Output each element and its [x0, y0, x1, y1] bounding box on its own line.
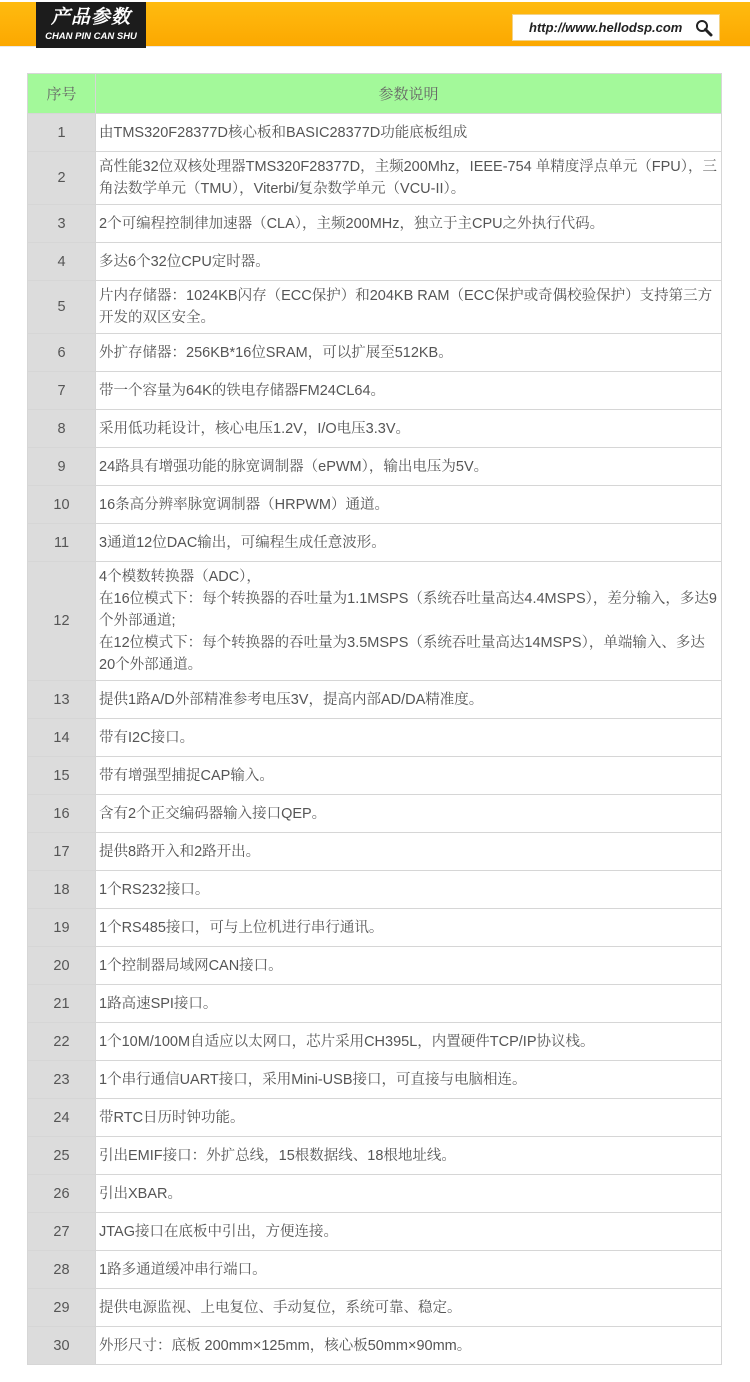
- row-number: 16: [28, 795, 96, 833]
- table-row: 26引出XBAR。: [28, 1175, 722, 1213]
- description-line: 1路高速SPI接口。: [99, 993, 718, 1015]
- row-description: 16条高分辨率脉宽调制器（HRPWM）通道。: [96, 486, 722, 524]
- table-row: 1由TMS320F28377D核心板和BASIC28377D功能底板组成: [28, 114, 722, 152]
- row-description: 24路具有增强功能的脉宽调制器（ePWM），输出电压为5V。: [96, 448, 722, 486]
- table-body: 1由TMS320F28377D核心板和BASIC28377D功能底板组成2高性能…: [28, 114, 722, 1365]
- row-description: 1个10M/100M自适应以太网口，芯片采用CH395L，内置硬件TCP/IP协…: [96, 1023, 722, 1061]
- description-line: 1个串行通信UART接口，采用Mini-USB接口，可直接与电脑相连。: [99, 1069, 718, 1091]
- description-line: 片内存储器：1024KB闪存（ECC保护）和204KB RAM（ECC保护或奇偶…: [99, 285, 718, 329]
- row-number: 15: [28, 757, 96, 795]
- site-url[interactable]: http://www.hellodsp.com: [529, 20, 682, 35]
- table-row: 8采用低功耗设计，核心电压1.2V，I/O电压3.3V。: [28, 410, 722, 448]
- description-line: 外扩存储器：256KB*16位SRAM，可以扩展至512KB。: [99, 342, 718, 364]
- description-line: 采用低功耗设计，核心电压1.2V，I/O电压3.3V。: [99, 418, 718, 440]
- table-row: 29提供电源监视、上电复位、手动复位，系统可靠、稳定。: [28, 1289, 722, 1327]
- table-row: 32个可编程控制律加速器（CLA），主频200MHz，独立于主CPU之外执行代码…: [28, 205, 722, 243]
- description-line: 带RTC日历时钟功能。: [99, 1107, 718, 1129]
- table-row: 231个串行通信UART接口，采用Mini-USB接口，可直接与电脑相连。: [28, 1061, 722, 1099]
- row-description: 含有2个正交编码器输入接口QEP。: [96, 795, 722, 833]
- section-title-en: CHAN PIN CAN SHU: [36, 31, 146, 43]
- row-number: 3: [28, 205, 96, 243]
- table-header-row: 序号 参数说明: [28, 74, 722, 114]
- description-line: 提供8路开入和2路开出。: [99, 841, 718, 863]
- table-row: 13提供1路A/D外部精准参考电压3V，提高内部AD/DA精准度。: [28, 681, 722, 719]
- table-row: 15带有增强型捕捉CAP输入。: [28, 757, 722, 795]
- table-row: 221个10M/100M自适应以太网口，芯片采用CH395L，内置硬件TCP/I…: [28, 1023, 722, 1061]
- description-line: 带有I2C接口。: [99, 727, 718, 749]
- row-number: 4: [28, 243, 96, 281]
- row-description: 2个可编程控制律加速器（CLA），主频200MHz，独立于主CPU之外执行代码。: [96, 205, 722, 243]
- description-line: 1路多通道缓冲串行端口。: [99, 1259, 718, 1281]
- table-row: 24带RTC日历时钟功能。: [28, 1099, 722, 1137]
- table-row: 4多达6个32位CPU定时器。: [28, 243, 722, 281]
- description-line: 1个RS232接口。: [99, 879, 718, 901]
- row-number: 13: [28, 681, 96, 719]
- row-number: 22: [28, 1023, 96, 1061]
- row-description: 3通道12位DAC输出，可编程生成任意波形。: [96, 524, 722, 562]
- row-description: 提供电源监视、上电复位、手动复位，系统可靠、稳定。: [96, 1289, 722, 1327]
- row-number: 1: [28, 114, 96, 152]
- row-number: 30: [28, 1327, 96, 1365]
- row-description: 提供8路开入和2路开出。: [96, 833, 722, 871]
- row-description: 片内存储器：1024KB闪存（ECC保护）和204KB RAM（ECC保护或奇偶…: [96, 281, 722, 334]
- row-description: 1个串行通信UART接口，采用Mini-USB接口，可直接与电脑相连。: [96, 1061, 722, 1099]
- description-line: 3通道12位DAC输出，可编程生成任意波形。: [99, 532, 718, 554]
- table-row: 25引出EMIF接口：外扩总线，15根数据线、18根地址线。: [28, 1137, 722, 1175]
- table-row: 191个RS485接口，可与上位机进行串行通讯。: [28, 909, 722, 947]
- row-number: 7: [28, 372, 96, 410]
- row-number: 25: [28, 1137, 96, 1175]
- description-line: 1个控制器局域网CAN接口。: [99, 955, 718, 977]
- row-description: 引出EMIF接口：外扩总线，15根数据线、18根地址线。: [96, 1137, 722, 1175]
- row-number: 8: [28, 410, 96, 448]
- description-line: 含有2个正交编码器输入接口QEP。: [99, 803, 718, 825]
- section-logo: 产品参数 CHAN PIN CAN SHU: [36, 2, 146, 48]
- row-number: 21: [28, 985, 96, 1023]
- row-number: 19: [28, 909, 96, 947]
- row-number: 2: [28, 152, 96, 205]
- description-line: 带有增强型捕捉CAP输入。: [99, 765, 718, 787]
- search-icon[interactable]: [695, 19, 713, 37]
- row-number: 5: [28, 281, 96, 334]
- row-description: 1路高速SPI接口。: [96, 985, 722, 1023]
- row-number: 10: [28, 486, 96, 524]
- section-title-cn: 产品参数: [36, 6, 146, 28]
- params-table: 序号 参数说明 1由TMS320F28377D核心板和BASIC28377D功能…: [27, 73, 722, 1365]
- row-description: 外扩存储器：256KB*16位SRAM，可以扩展至512KB。: [96, 334, 722, 372]
- description-line: 多达6个32位CPU定时器。: [99, 251, 718, 273]
- row-description: 1路多通道缓冲串行端口。: [96, 1251, 722, 1289]
- row-description: 1个控制器局域网CAN接口。: [96, 947, 722, 985]
- description-line: 在12位模式下：每个转换器的吞吐量为3.5MSPS（系统吞吐量高达14MSPS）…: [99, 632, 718, 676]
- row-description: 外形尺寸：底板 200mm×125mm，核心板50mm×90mm。: [96, 1327, 722, 1365]
- row-number: 11: [28, 524, 96, 562]
- row-number: 18: [28, 871, 96, 909]
- row-description: 带RTC日历时钟功能。: [96, 1099, 722, 1137]
- description-line: 由TMS320F28377D核心板和BASIC28377D功能底板组成: [99, 122, 718, 144]
- description-line: 高性能32位双核处理器TMS320F28377D，主频200Mhz，IEEE-7…: [99, 156, 718, 200]
- table-row: 113通道12位DAC输出，可编程生成任意波形。: [28, 524, 722, 562]
- description-line: 外形尺寸：底板 200mm×125mm，核心板50mm×90mm。: [99, 1335, 718, 1357]
- row-number: 17: [28, 833, 96, 871]
- column-header-description: 参数说明: [96, 74, 722, 114]
- description-line: JTAG接口在底板中引出，方便连接。: [99, 1221, 718, 1243]
- description-line: 引出XBAR。: [99, 1183, 718, 1205]
- table-row: 16含有2个正交编码器输入接口QEP。: [28, 795, 722, 833]
- table-row: 201个控制器局域网CAN接口。: [28, 947, 722, 985]
- row-description: 1个RS485接口，可与上位机进行串行通讯。: [96, 909, 722, 947]
- table-row: 924路具有增强功能的脉宽调制器（ePWM），输出电压为5V。: [28, 448, 722, 486]
- row-description: 带一个容量为64K的铁电存储器FM24CL64。: [96, 372, 722, 410]
- row-number: 20: [28, 947, 96, 985]
- table-row: 7带一个容量为64K的铁电存储器FM24CL64。: [28, 372, 722, 410]
- column-header-id: 序号: [28, 74, 96, 114]
- row-number: 27: [28, 1213, 96, 1251]
- table-row: 124个模数转换器（ADC），在16位模式下：每个转换器的吞吐量为1.1MSPS…: [28, 562, 722, 681]
- row-description: 引出XBAR。: [96, 1175, 722, 1213]
- table-row: 6外扩存储器：256KB*16位SRAM，可以扩展至512KB。: [28, 334, 722, 372]
- description-line: 引出EMIF接口：外扩总线，15根数据线、18根地址线。: [99, 1145, 718, 1167]
- table-row: 1016条高分辨率脉宽调制器（HRPWM）通道。: [28, 486, 722, 524]
- row-number: 29: [28, 1289, 96, 1327]
- description-line: 2个可编程控制律加速器（CLA），主频200MHz，独立于主CPU之外执行代码。: [99, 213, 718, 235]
- description-line: 在16位模式下：每个转换器的吞吐量为1.1MSPS（系统吞吐量高达4.4MSPS…: [99, 588, 718, 632]
- row-description: 4个模数转换器（ADC），在16位模式下：每个转换器的吞吐量为1.1MSPS（系…: [96, 562, 722, 681]
- description-line: 1个RS485接口，可与上位机进行串行通讯。: [99, 917, 718, 939]
- row-number: 12: [28, 562, 96, 681]
- description-line: 24路具有增强功能的脉宽调制器（ePWM），输出电压为5V。: [99, 456, 718, 478]
- row-description: 多达6个32位CPU定时器。: [96, 243, 722, 281]
- row-number: 23: [28, 1061, 96, 1099]
- header-bar: 产品参数 CHAN PIN CAN SHU http://www.hellods…: [0, 2, 750, 47]
- row-number: 14: [28, 719, 96, 757]
- table-row: 14带有I2C接口。: [28, 719, 722, 757]
- table-row: 181个RS232接口。: [28, 871, 722, 909]
- row-description: 由TMS320F28377D核心板和BASIC28377D功能底板组成: [96, 114, 722, 152]
- table-row: 2高性能32位双核处理器TMS320F28377D，主频200Mhz，IEEE-…: [28, 152, 722, 205]
- search-box[interactable]: http://www.hellodsp.com: [512, 14, 720, 41]
- table-row: 17提供8路开入和2路开出。: [28, 833, 722, 871]
- row-number: 9: [28, 448, 96, 486]
- row-description: 采用低功耗设计，核心电压1.2V，I/O电压3.3V。: [96, 410, 722, 448]
- description-line: 带一个容量为64K的铁电存储器FM24CL64。: [99, 380, 718, 402]
- row-description: 提供1路A/D外部精准参考电压3V，提高内部AD/DA精准度。: [96, 681, 722, 719]
- table-row: 27JTAG接口在底板中引出，方便连接。: [28, 1213, 722, 1251]
- description-line: 1个10M/100M自适应以太网口，芯片采用CH395L，内置硬件TCP/IP协…: [99, 1031, 718, 1053]
- row-description: 带有I2C接口。: [96, 719, 722, 757]
- row-number: 28: [28, 1251, 96, 1289]
- row-description: 高性能32位双核处理器TMS320F28377D，主频200Mhz，IEEE-7…: [96, 152, 722, 205]
- row-description: 1个RS232接口。: [96, 871, 722, 909]
- row-number: 26: [28, 1175, 96, 1213]
- table-row: 211路高速SPI接口。: [28, 985, 722, 1023]
- row-description: JTAG接口在底板中引出，方便连接。: [96, 1213, 722, 1251]
- description-line: 16条高分辨率脉宽调制器（HRPWM）通道。: [99, 494, 718, 516]
- description-line: 4个模数转换器（ADC），: [99, 566, 718, 588]
- table-row: 30外形尺寸：底板 200mm×125mm，核心板50mm×90mm。: [28, 1327, 722, 1365]
- description-line: 提供1路A/D外部精准参考电压3V，提高内部AD/DA精准度。: [99, 689, 718, 711]
- row-number: 24: [28, 1099, 96, 1137]
- description-line: 提供电源监视、上电复位、手动复位，系统可靠、稳定。: [99, 1297, 718, 1319]
- row-number: 6: [28, 334, 96, 372]
- table-row: 5片内存储器：1024KB闪存（ECC保护）和204KB RAM（ECC保护或奇…: [28, 281, 722, 334]
- table-row: 281路多通道缓冲串行端口。: [28, 1251, 722, 1289]
- row-description: 带有增强型捕捉CAP输入。: [96, 757, 722, 795]
